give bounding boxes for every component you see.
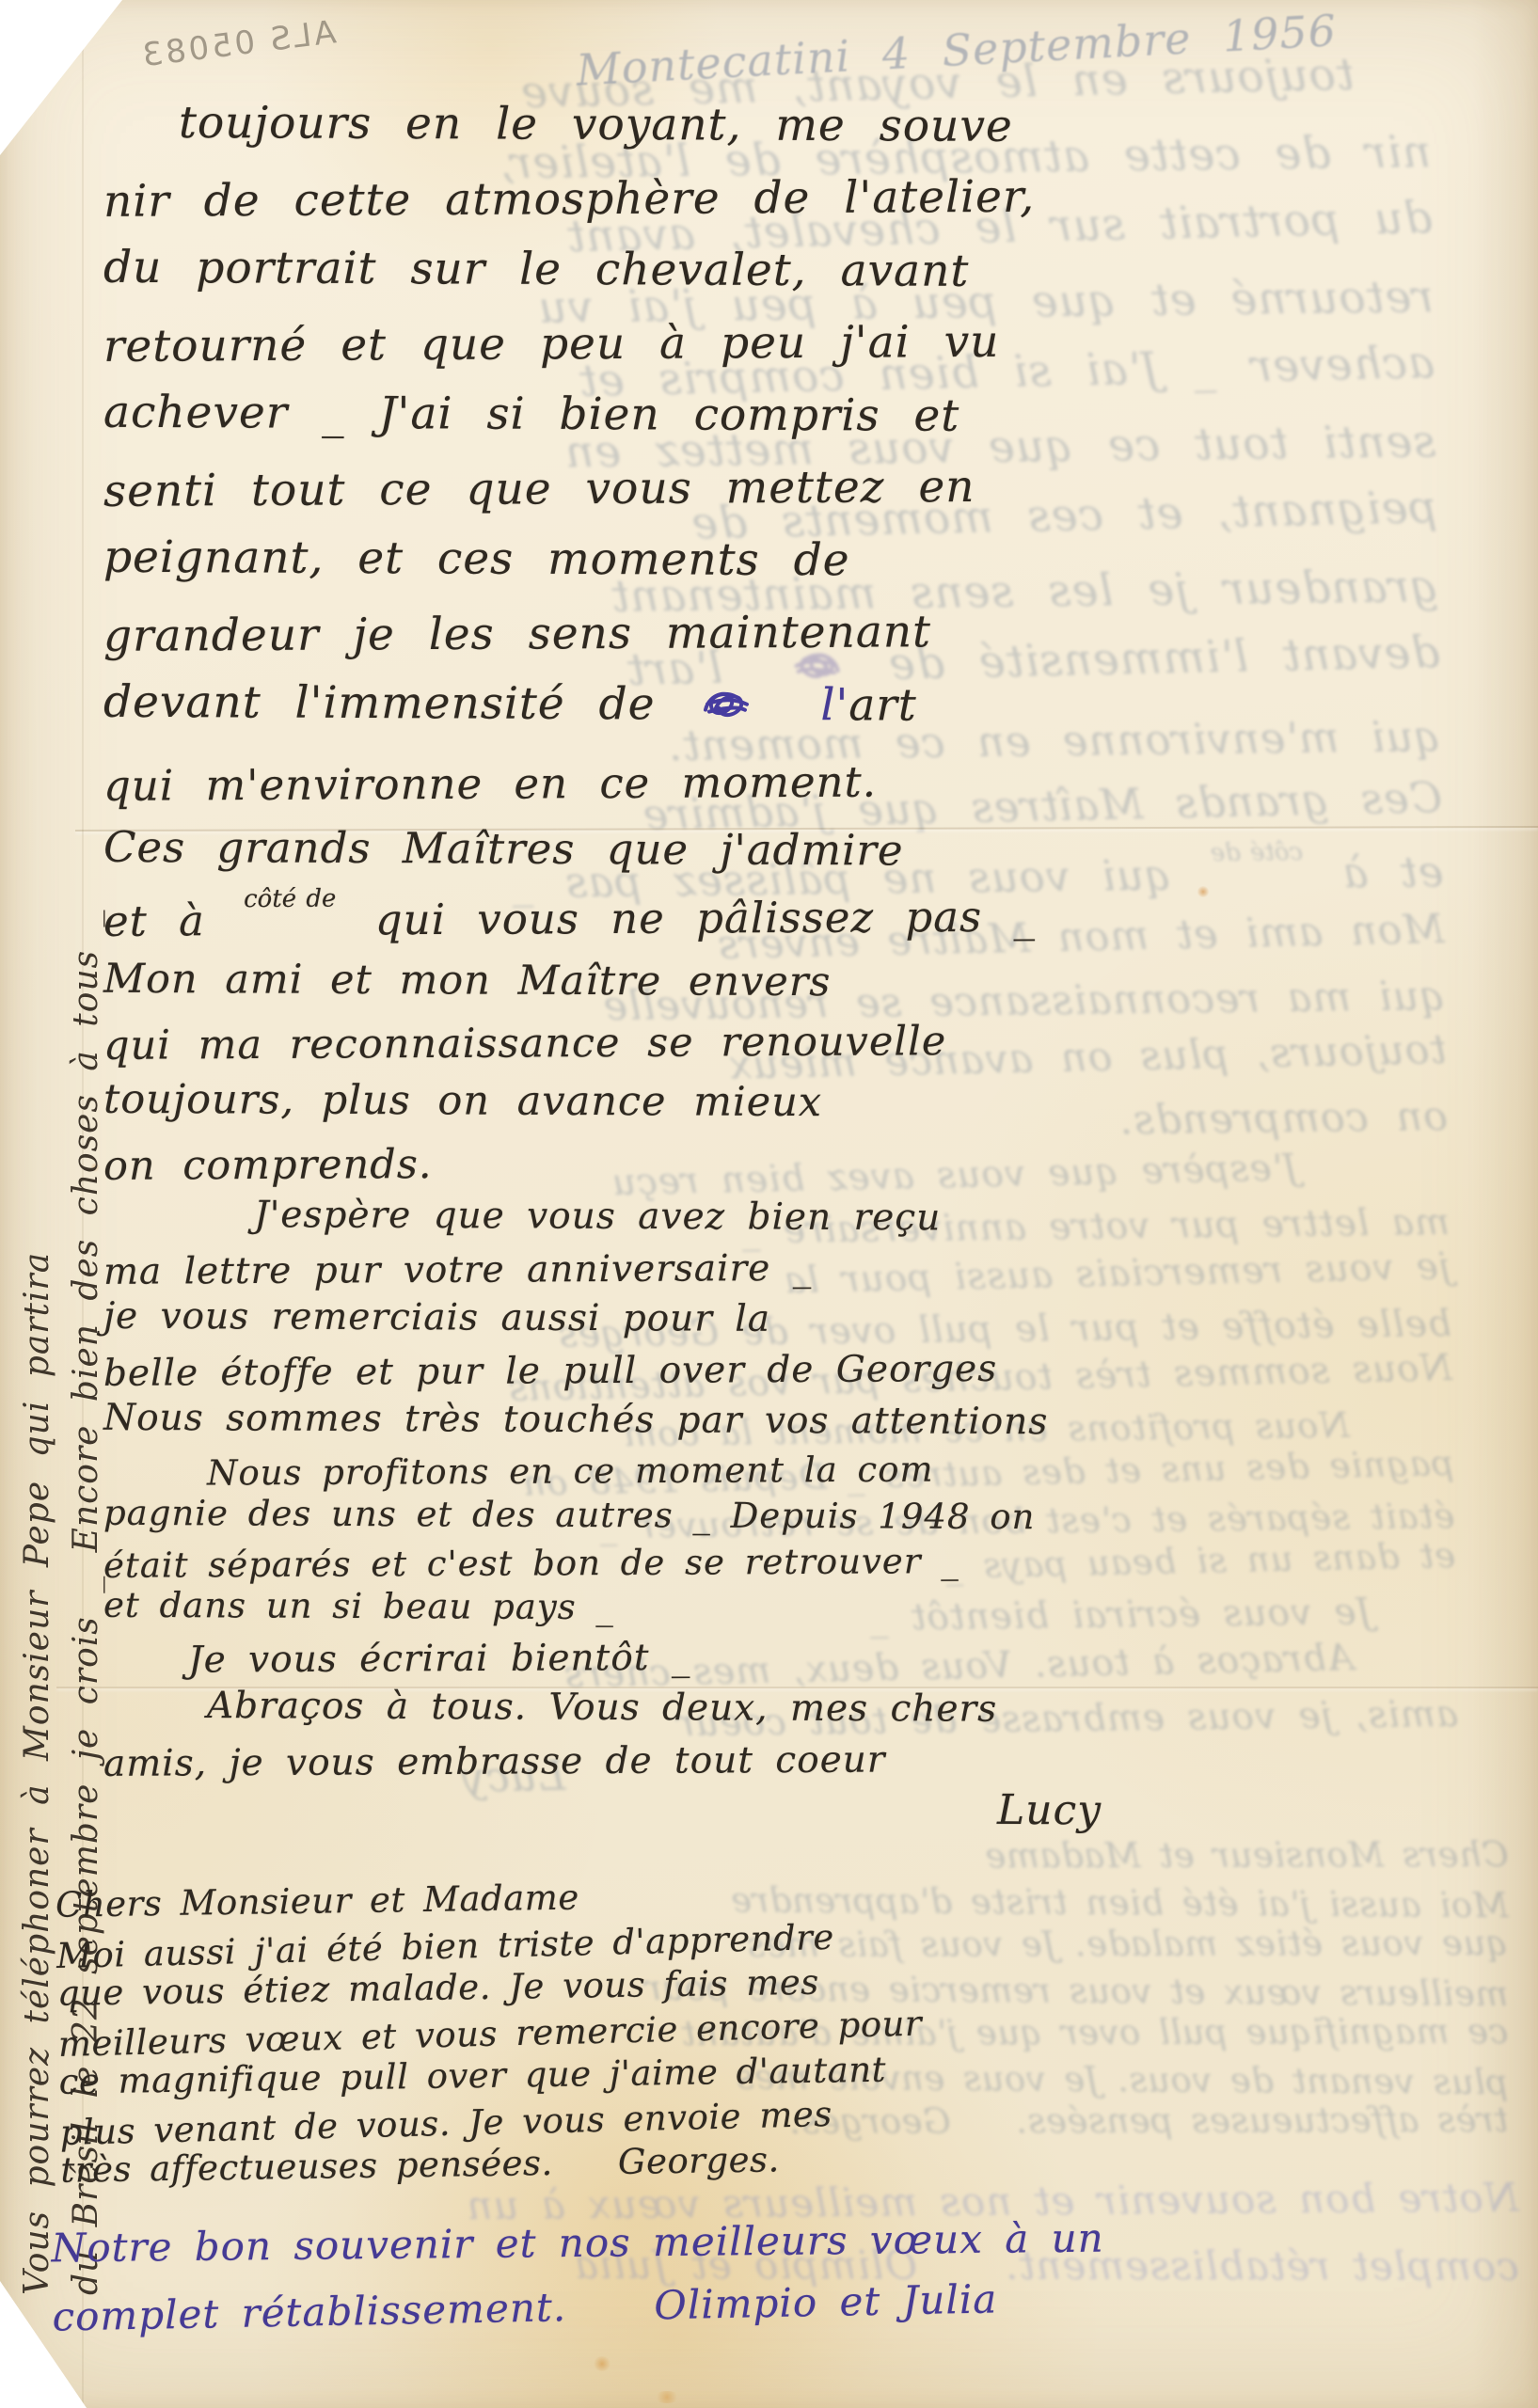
letter-line: ma lettre pur votre anniversaire _ [103, 1240, 1486, 1298]
foxing-stain [593, 2356, 611, 2371]
letter-line: était séparés et c'est bon de se retrouv… [103, 1535, 1486, 1589]
line-text: complet rétablissement. [52, 2284, 566, 2339]
insertion-cote-de: côté de [244, 887, 336, 912]
letter-line: nir de cette atmosphère de l'atelier, [103, 158, 1486, 238]
letter-line: Mon ami et mon Maître envers [103, 949, 1486, 1015]
olimpio-julia-signature: Olimpio et Julia [654, 2275, 998, 2328]
letter-line: toujours, plus on avance mieux [103, 1069, 1486, 1135]
letter-body: toujours en le voyant, me souve nir de c… [103, 89, 1486, 2335]
letter-line: amis, je vous embrasse de tout coeur [103, 1731, 1486, 1790]
letter-line: et dans un si beau pays _ [103, 1582, 1486, 1634]
margin-note-line: Vous pourrez téléphoner à Monsieur Pepe … [13, 132, 62, 2295]
lucy-letter: toujours en le voyant, me souve nir de c… [103, 89, 1486, 1837]
letter-line: qui ma reconnaissance se renouvelle [103, 1008, 1486, 1076]
line-text: qui vous ne pâlissez pas _ [375, 892, 1036, 945]
letter-scan: toujours en le voyant, me souve nir de c… [0, 0, 1538, 2408]
letter-line: Je vous écrirai bientôt _ [188, 1627, 1486, 1686]
letter-line: Nous sommes très touchés par vos attenti… [103, 1393, 1486, 1450]
line-text: très affectueuses pensées. [60, 2143, 553, 2191]
letter-line: pagnie des uns et des autres _ Depuis 19… [103, 1490, 1486, 1542]
georges-signature: Georges. [618, 2139, 780, 2182]
line-text: et à [103, 895, 205, 946]
letter-line: J'espère que vous avez bien reçu [254, 1190, 1486, 1246]
letter-line: toujours en le voyant, me souve [179, 87, 1486, 165]
line-text-blue: l' [820, 679, 848, 731]
letter-line-with-insertion: et à côté de qui vous ne pâlissez pas _ [103, 880, 1486, 956]
letter-line: grandeur je les sens maintenant [103, 593, 1486, 673]
georges-message: Chers Monsieur et Madame Moi aussi j'ai … [55, 1859, 1486, 2195]
letter-line: Nous profitons en ce moment la com [207, 1443, 1486, 1496]
letter-line-with-scribble: devant l'immensité de l'art [103, 666, 1486, 752]
foxing-stain [654, 2391, 680, 2403]
letter-line: senti tout ce que vous mettez en [103, 448, 1486, 528]
letter-line: Ces grands Maîtres que j'admire [103, 814, 1486, 887]
line-text: devant l'immensité de [103, 676, 656, 731]
letter-line: achever _ J'ai si bien compris et [103, 376, 1486, 454]
letter-line: peignant, et ces moments de [103, 521, 1486, 599]
lucy-signature: Lucy [997, 1785, 1486, 1838]
letter-line: Abraços à tous. Vous deux, mes chers [207, 1680, 1486, 1737]
letter-line: belle étoffe et pur le pull over de Geor… [103, 1341, 1486, 1400]
letter-line: je vous remerciais aussi pour la [103, 1291, 1486, 1348]
postscript-blue: Notre bon souvenir et nos meilleurs vœux… [51, 2200, 1487, 2344]
letter-line: on comprends. [103, 1129, 1486, 1196]
letter-line: qui m'environne en ce moment. [103, 745, 1486, 820]
letter-line: du portrait sur le chevalet, avant [103, 231, 1486, 309]
line-text: art [848, 679, 917, 731]
ink-scribble [698, 676, 777, 749]
letter-line: retourné et que peu à peu j'ai vu [103, 303, 1486, 383]
